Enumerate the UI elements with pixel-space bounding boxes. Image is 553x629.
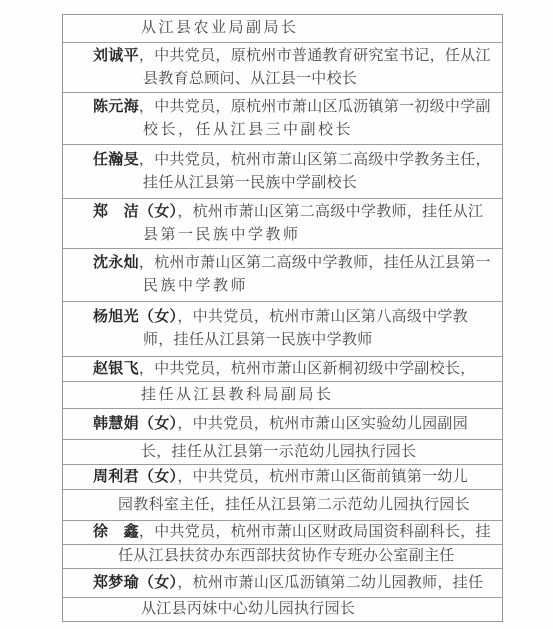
person-name: 任瀚旻 [93, 152, 139, 168]
document-page: 从江县农业局副局长刘诚平，中共党员，原杭州市普通教育研究室书记，任从江县教育总顾… [0, 0, 553, 629]
entry-text: ，中共党员，杭州市萧山区实验幼儿园副园 [177, 416, 468, 432]
entry-text: ，中共党员，杭州市萧山区财政局国资科副科长，挂 [139, 524, 491, 540]
entry-text: ，中共党员，原杭州市普通教育研究室书记，任从江 [139, 48, 491, 64]
table-row: 陈元海，中共党员，原杭州市萧山区瓜沥镇第一初级中学副校长，任从江县三中副校长 [63, 92, 502, 144]
entry-line: 长，挂任从江县第一示范幼儿园执行园长 [63, 441, 502, 464]
entry-line: 园教科室主任，挂任从江县第二示范幼儿园执行园长 [63, 494, 502, 517]
person-name: 沈永灿 [93, 255, 139, 271]
table-row: 杨旭光（女），中共党员，杭州市萧山区第八高级中学教师，挂任从江县第一民族中学教师 [63, 301, 502, 356]
entry-text: ，中共党员，杭州市萧山区新桐初级中学副校长， [139, 361, 476, 377]
entry-line: 刘诚平，中共党员，原杭州市普通教育研究室书记，任从江 [63, 45, 502, 68]
entry-text: ，杭州市萧山区第二高级中学教师，挂任从江 [177, 204, 483, 220]
person-name: 郑梦瑜（女） [93, 575, 177, 591]
entry-text: ，杭州市萧山区第二高级中学教师，挂任从江县第一 [139, 255, 491, 271]
person-name: 刘诚平 [93, 48, 139, 64]
person-name: 周利君（女） [93, 469, 177, 485]
person-name: 徐 鑫 [93, 524, 139, 540]
entry-line: 挂任从江县教科局副局长 [63, 384, 502, 407]
table-row: 周利君（女），中共党员，杭州市萧山区衙前镇第一幼儿 [63, 464, 502, 489]
table-row: 徐 鑫，中共党员，杭州市萧山区财政局国资科副科长，挂 [63, 520, 502, 544]
entry-line: 陈元海，中共党员，原杭州市萧山区瓜沥镇第一初级中学副 [63, 96, 502, 119]
table-row: 沈永灿，杭州市萧山区第二高级中学教师，挂任从江县第一民族中学教师 [63, 248, 502, 301]
entry-text: ，中共党员，杭州市萧山区第二高级中学教务主任， [139, 152, 491, 168]
entry-line: 韩慧娟（女），中共党员，杭州市萧山区实验幼儿园副园 [63, 413, 502, 436]
person-name: 陈元海 [93, 99, 139, 115]
entry-text: ，中共党员，杭州市萧山区第八高级中学教 [177, 309, 468, 325]
table-row: 任从江县扶贫办东西部扶贫协作专班办公室副主任 [63, 544, 502, 568]
person-name: 郑 洁（女） [93, 204, 177, 220]
entry-line: 校长，任从江县三中副校长 [63, 119, 502, 142]
person-name: 韩慧娟（女） [93, 416, 177, 432]
entry-line: 任从江县扶贫办东西部扶贫协作专班办公室副主任 [63, 545, 502, 568]
personnel-table: 从江县农业局副局长刘诚平，中共党员，原杭州市普通教育研究室书记，任从江县教育总顾… [62, 14, 503, 622]
entry-line: 赵银飞，中共党员，杭州市萧山区新桐初级中学副校长， [63, 358, 502, 381]
entry-text: ，杭州市萧山区瓜沥镇第二幼儿园教师，挂任 [177, 575, 483, 591]
table-row: 挂任从江县教科局副局长 [63, 381, 502, 408]
entry-line: 挂任从江县第一民族中学副校长 [63, 172, 502, 195]
entry-line: 从江县丙妹中心幼儿园执行园长 [63, 598, 502, 621]
entry-line: 任瀚旻，中共党员，杭州市萧山区第二高级中学教务主任， [63, 149, 502, 172]
table-row: 从江县农业局副局长 [63, 15, 502, 42]
table-row: 韩慧娟（女），中共党员，杭州市萧山区实验幼儿园副园 [63, 408, 502, 439]
table-row: 刘诚平，中共党员，原杭州市普通教育研究室书记，任从江县教育总顾问、从江县一中校长 [63, 42, 502, 92]
table-row: 郑梦瑜（女），杭州市萧山区瓜沥镇第二幼儿园教师，挂任 [63, 568, 502, 597]
entry-text: ，中共党员，杭州市萧山区衙前镇第一幼儿 [177, 469, 468, 485]
table-row: 郑 洁（女），杭州市萧山区第二高级中学教师，挂任从江县第一民族中学教师 [63, 198, 502, 248]
entry-line: 县教育总顾问、从江县一中校长 [63, 68, 502, 91]
table-row: 园教科室主任，挂任从江县第二示范幼儿园执行园长 [63, 489, 502, 520]
entry-line: 郑梦瑜（女），杭州市萧山区瓜沥镇第二幼儿园教师，挂任 [63, 572, 502, 595]
entry-line: 县第一民族中学教师 [63, 224, 502, 247]
entry-line: 师，挂任从江县第一民族中学教师 [63, 329, 502, 352]
entry-line: 杨旭光（女），中共党员，杭州市萧山区第八高级中学教 [63, 306, 502, 329]
entry-line: 徐 鑫，中共党员，杭州市萧山区财政局国资科副科长，挂 [63, 521, 502, 544]
person-name: 赵银飞 [93, 361, 139, 377]
entry-line: 周利君（女），中共党员，杭州市萧山区衙前镇第一幼儿 [63, 466, 502, 489]
table-row: 长，挂任从江县第一示范幼儿园执行园长 [63, 439, 502, 464]
entry-line: 沈永灿，杭州市萧山区第二高级中学教师，挂任从江县第一 [63, 252, 502, 275]
person-name: 杨旭光（女） [93, 309, 177, 325]
entry-text: ，中共党员，原杭州市萧山区瓜沥镇第一初级中学副 [139, 99, 491, 115]
table-row: 赵银飞，中共党员，杭州市萧山区新桐初级中学副校长， [63, 356, 502, 381]
entry-line: 郑 洁（女），杭州市萧山区第二高级中学教师，挂任从江 [63, 201, 502, 224]
table-row: 从江县丙妹中心幼儿园执行园长 [63, 597, 502, 621]
entry-line: 从江县农业局副局长 [63, 17, 502, 40]
table-row: 任瀚旻，中共党员，杭州市萧山区第二高级中学教务主任，挂任从江县第一民族中学副校长 [63, 144, 502, 198]
entry-line: 民族中学教师 [63, 275, 502, 298]
